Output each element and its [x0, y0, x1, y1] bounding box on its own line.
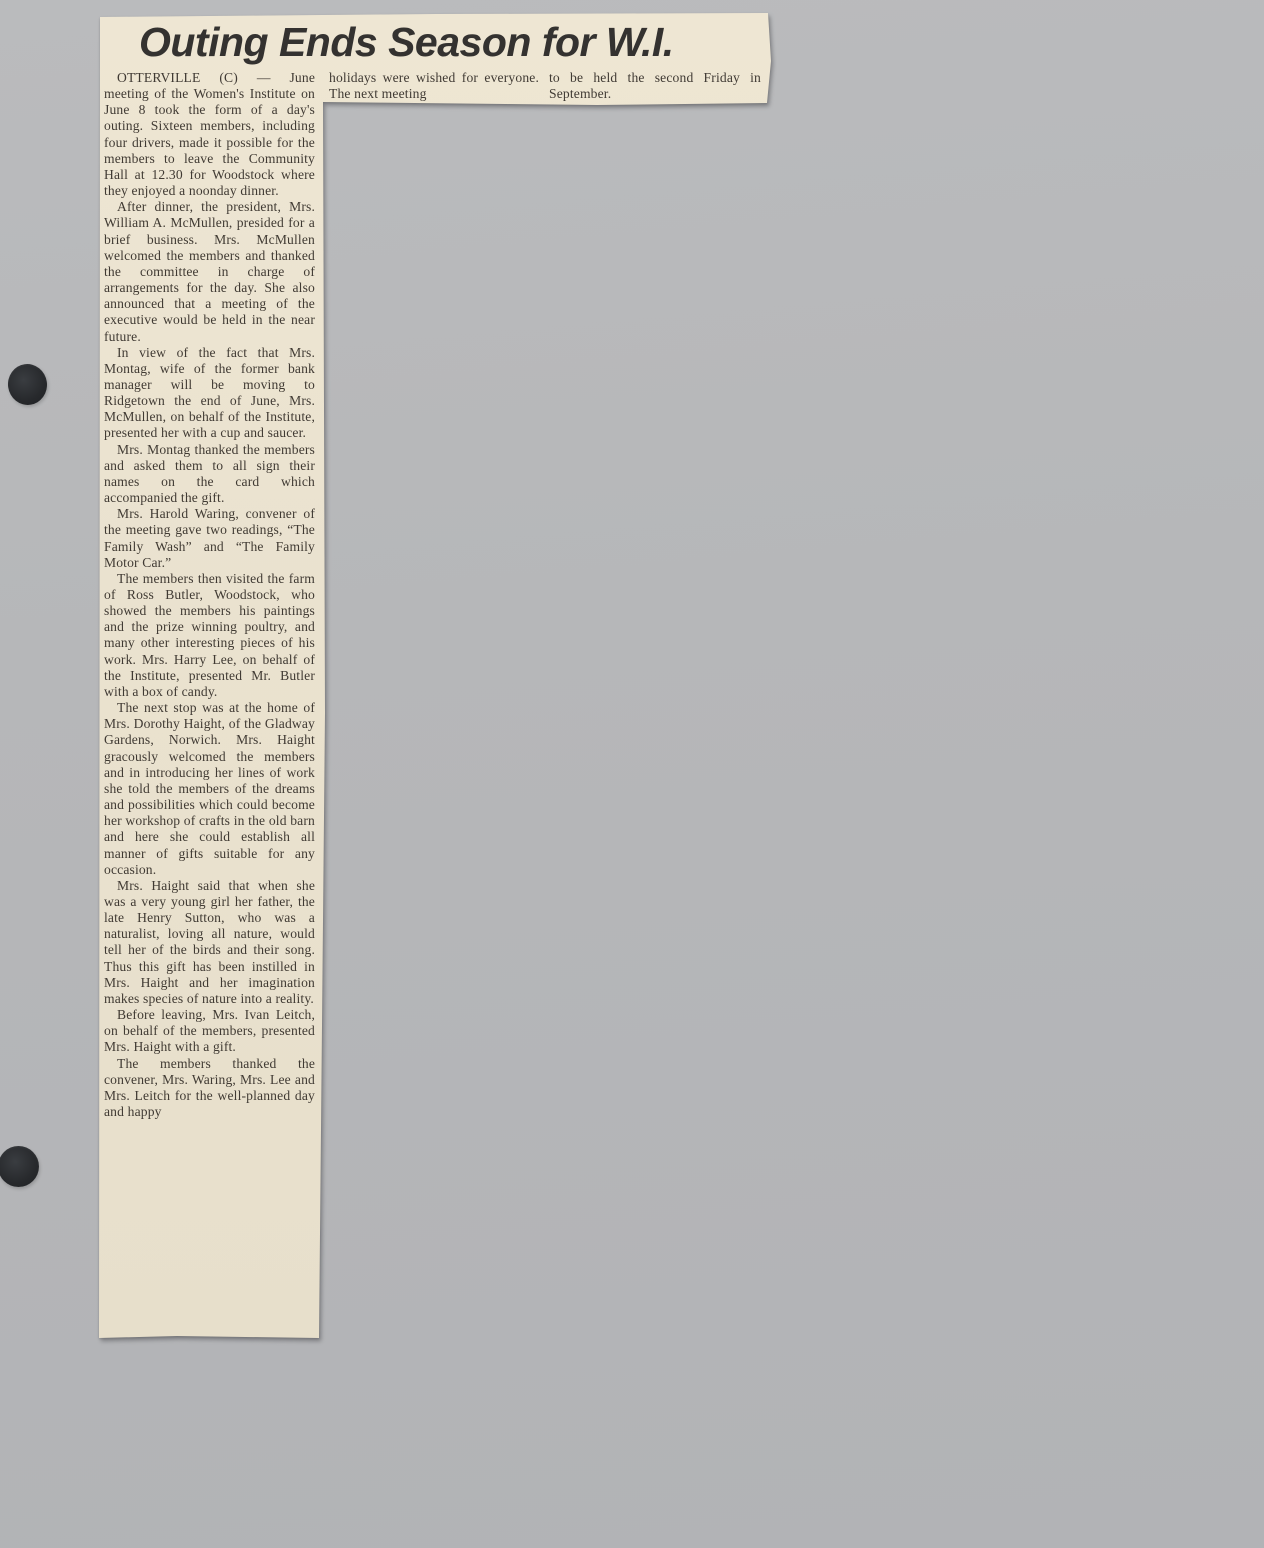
article-paragraph: After dinner, the president, Mrs. Willia… [104, 199, 315, 344]
article-paragraph: Mrs. Haight said that when she was a ver… [104, 878, 315, 1007]
article-headline: Outing Ends Season for W.I. [139, 17, 739, 67]
article-paragraph: The next stop was at the home of Mrs. Do… [104, 700, 315, 878]
article-paragraph: The members thanked the convener, Mrs. W… [104, 1056, 315, 1121]
article-paragraph: The members then visited the farm of Ros… [104, 571, 315, 700]
article-paragraph: OTTERVILLE (C) — June meeting of the Wom… [104, 70, 315, 199]
scrapbook-page: Outing Ends Season for W.I. OTTERVILLE (… [0, 0, 1264, 1548]
hole-punch-top [5, 361, 49, 407]
article-column-1: OTTERVILLE (C) — June meeting of the Wom… [104, 70, 315, 1120]
article-column-3: to be held the second Friday in Septembe… [549, 70, 761, 102]
article-paragraph-continuation: to be held the second Friday in Septembe… [549, 70, 761, 102]
newspaper-clipping: Outing Ends Season for W.I. OTTERVILLE (… [97, 13, 771, 1338]
article-paragraph: Mrs. Harold Waring, convener of the meet… [104, 506, 315, 571]
hole-punch-bottom [0, 1146, 39, 1187]
article-paragraph: Before leaving, Mrs. Ivan Leitch, on beh… [104, 1007, 315, 1055]
article-paragraph-continuation: holidays were wished for everyone. The n… [329, 70, 539, 102]
article-paragraph: Mrs. Montag thanked the members and aske… [104, 442, 315, 507]
article-paragraph: In view of the fact that Mrs. Montag, wi… [104, 345, 315, 442]
article-column-2: holidays were wished for everyone. The n… [329, 70, 539, 102]
clipping-paper: Outing Ends Season for W.I. OTTERVILLE (… [97, 13, 771, 1338]
